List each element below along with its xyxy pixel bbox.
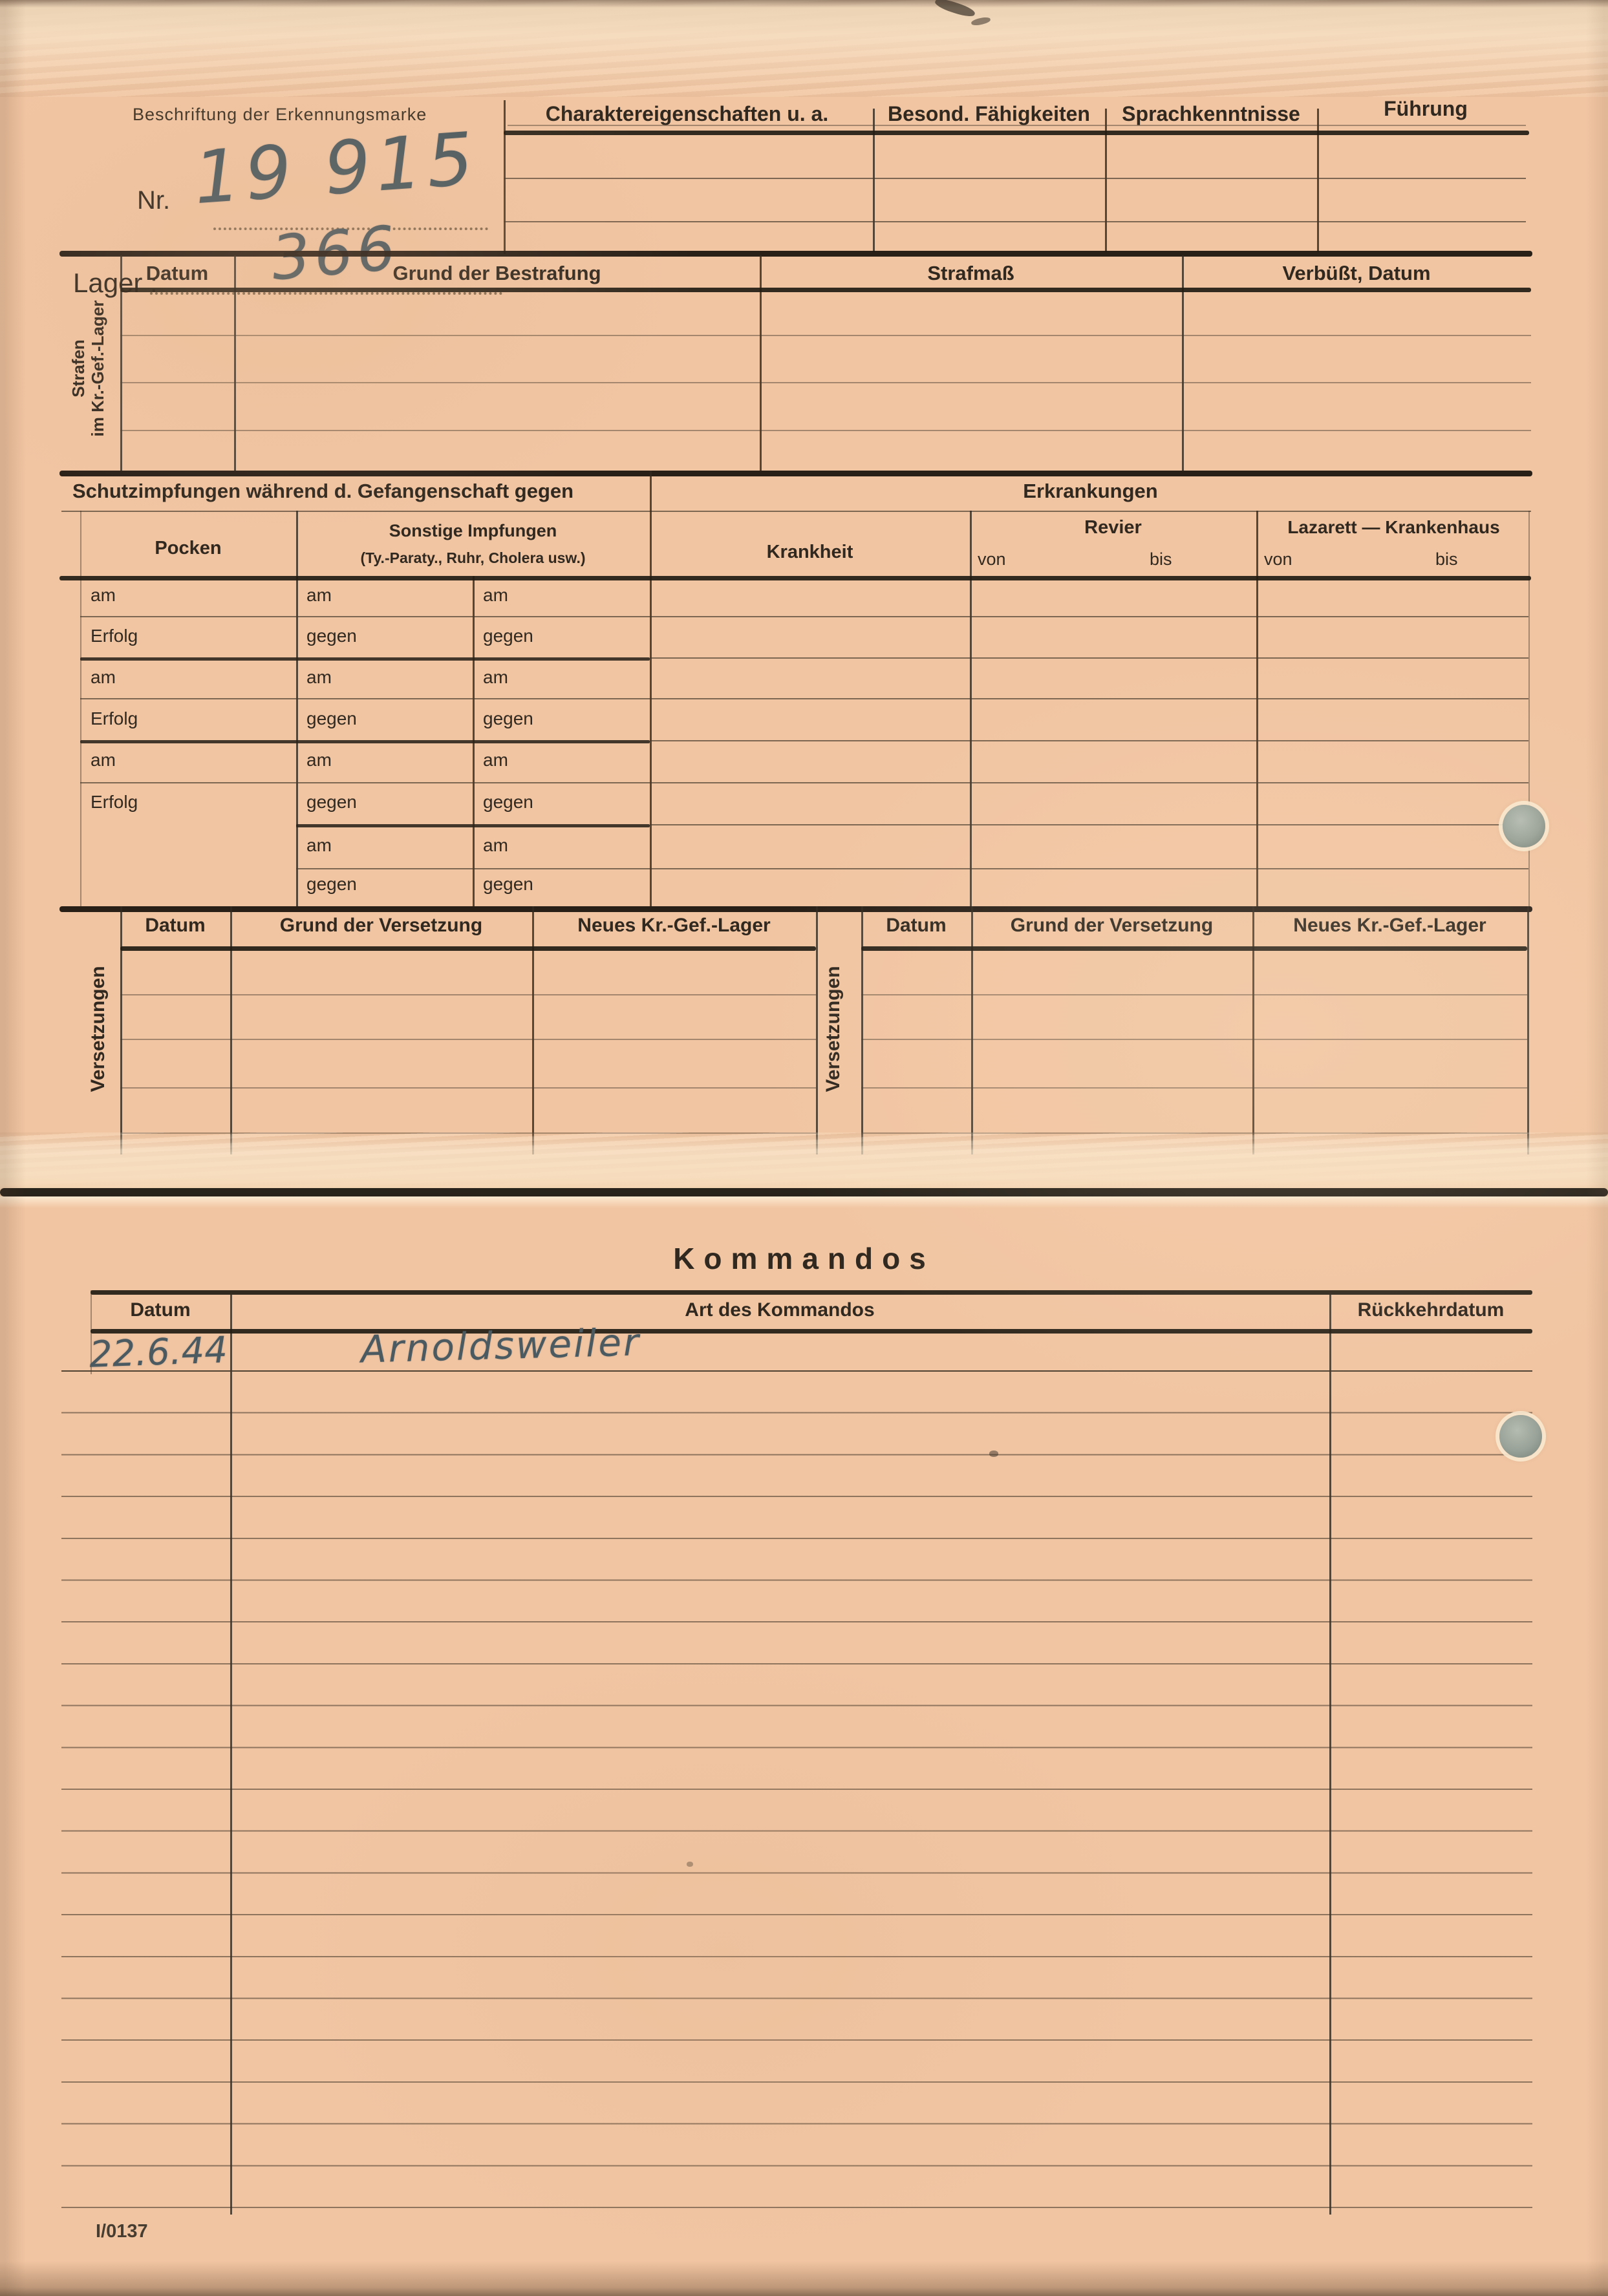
row-rule (80, 616, 1528, 617)
transfers-header-date: Datum (861, 915, 971, 937)
vaccinations-header-rule (59, 576, 1531, 580)
transfers-right-side-label: Versetzungen (819, 919, 848, 1139)
other-vacc2-gegen-label: gegen (483, 874, 533, 895)
transfers-top-rule (59, 906, 1532, 912)
row-rule (61, 1370, 1532, 1372)
transfers-header-date: Datum (120, 915, 230, 937)
smallpox-am-label: am (91, 585, 116, 606)
row-rule (80, 782, 1528, 783)
smallpox-erfolg-label: Erfolg (91, 708, 138, 729)
other-vacc-am-label: am (306, 835, 332, 856)
kommandos-header-date: Datum (91, 1299, 230, 1321)
vaccinations-col-divider (296, 511, 298, 906)
row-rule (861, 1087, 1527, 1089)
punch-hole (1499, 1415, 1542, 1458)
punishments-header-rule (120, 288, 1531, 292)
traits-rule (508, 125, 1526, 126)
transfers-col-divider (532, 906, 534, 1154)
kommandos-header-return: Rückkehrdatum (1329, 1299, 1532, 1321)
other-vacc2-am-label: am (483, 750, 508, 771)
other-vacc2-am-label: am (483, 667, 508, 688)
kommandos-title: Kommandos (0, 1241, 1608, 1276)
traits-header-conduct: Führung (1322, 97, 1529, 121)
pow-record-card-scan: Beschriftung der Erkennungsmarke Nr. 19 … (0, 0, 1608, 2296)
other-vacc2-gegen-label: gegen (483, 792, 533, 813)
row-rule (80, 698, 1528, 699)
transfers-border (861, 906, 863, 1154)
kommandos-header-type: Art des Kommandos (230, 1299, 1329, 1321)
vaccinations-header-other-note: (Ty.-Paraty., Ruhr, Cholera usw.) (296, 549, 650, 567)
transfers-header-newcamp: Neues Kr.-Gef.-Lager (532, 915, 816, 937)
vaccinations-left-border (80, 511, 81, 906)
transfers-border (816, 906, 818, 1154)
vaccinations-header-other: Sonstige Impfungen (296, 521, 650, 541)
row-rule (80, 740, 650, 743)
smallpox-am-label: am (91, 667, 116, 688)
other-vacc-am-label: am (306, 750, 332, 771)
transfers-col-divider (230, 906, 232, 1154)
illnesses-header-disease: Krankheit (650, 542, 970, 563)
bottom-edge-shadow (0, 2261, 1608, 2296)
smallpox-am-label: am (91, 750, 116, 771)
row-rule (650, 824, 1528, 825)
vaccinations-illnesses-divider (650, 471, 652, 906)
punishments-header-served: Verbüßt, Datum (1182, 262, 1531, 285)
punishments-row-rule (120, 382, 1531, 383)
traits-header-character: Charaktereigenschaften u. a. (511, 102, 863, 126)
illnesses-header-sickbay: Revier (970, 517, 1256, 538)
transfers-col-divider (1252, 906, 1254, 1154)
illnesses-right-border (1528, 511, 1530, 906)
row-rule (861, 994, 1527, 995)
transfers-header-rule (861, 946, 1527, 951)
punch-hole (1503, 805, 1545, 847)
transfers-border (1527, 906, 1529, 1154)
row-rule (296, 824, 650, 827)
card-edge-highlight (0, 1196, 1608, 1208)
id-number-label: Nr. (137, 186, 170, 215)
other-vacc-am-label: am (306, 667, 332, 688)
transfers-side-label-text: Versetzungen (822, 966, 845, 1092)
torn-top-edge (0, 0, 1608, 97)
traits-left-divider (504, 100, 506, 254)
other-vacc2-am-label: am (483, 835, 508, 856)
punishments-side-label-line1: Strafen (69, 339, 89, 398)
transfers-col-divider (971, 906, 973, 1154)
traits-row-rule (504, 221, 1526, 222)
illnesses-header-hospital: Lazarett — Krankenhaus (1256, 517, 1531, 538)
traits-header-rule (504, 131, 1529, 135)
kommando-entry-type-handwritten: Arnoldsweiler (360, 1320, 641, 1371)
traits-header-abilities: Besond. Fähigkeiten (878, 102, 1100, 126)
row-rule (296, 868, 1528, 869)
row-rule (120, 1039, 816, 1040)
transfers-header-reason: Grund der Versetzung (230, 915, 532, 937)
lager-dotted-line (150, 292, 502, 295)
traits-row-rule (504, 178, 1526, 179)
illnesses-sickbay-to-label: bis (1150, 549, 1172, 569)
illnesses-col-divider (970, 511, 972, 906)
other-vacc2-gegen-label: gegen (483, 626, 533, 646)
illnesses-sickbay-from-label: von (978, 549, 1006, 569)
punishments-header-penalty: Strafmaß (760, 262, 1182, 285)
form-code: I/0137 (96, 2221, 148, 2242)
illnesses-hospital-from-label: von (1264, 549, 1292, 569)
row-rule (120, 1087, 816, 1089)
transfers-header-reason: Grund der Versetzung (971, 915, 1252, 937)
row-rule (80, 657, 650, 661)
kommandos-ruled-rows (61, 1370, 1532, 2208)
row-rule (120, 994, 816, 995)
vaccinations-header-smallpox: Pocken (80, 538, 296, 559)
section-header-rule (61, 511, 1531, 512)
kommandos-header-rule (91, 1329, 1532, 1334)
transfers-side-label-text: Versetzungen (87, 966, 110, 1092)
transfers-border (120, 906, 122, 1154)
paper-speck (989, 1451, 998, 1457)
illnesses-col-divider (1256, 511, 1258, 906)
smallpox-erfolg-label: Erfolg (91, 792, 138, 813)
kommando-entry-date-handwritten: 22.6.44 (89, 1329, 228, 1376)
other-vacc-gegen-label: gegen (306, 874, 357, 895)
other-vacc-gegen-label: gegen (306, 708, 357, 729)
other-vacc-gegen-label: gegen (306, 626, 357, 646)
smallpox-erfolg-label: Erfolg (91, 626, 138, 646)
punishments-row-rule (120, 430, 1531, 431)
transfers-left-side-label: Versetzungen (84, 919, 113, 1139)
row-rule (650, 657, 1528, 659)
row-rule (650, 740, 1528, 741)
paper-speck (687, 1862, 693, 1867)
other-vacc-am-label: am (306, 585, 332, 606)
punishments-side-label-line2: im Kr.-Gef.-Lager (89, 301, 108, 437)
punishments-header-date: Datum (120, 262, 234, 285)
punishments-header-reason: Grund der Bestrafung (234, 262, 760, 285)
transfers-header-newcamp: Neues Kr.-Gef.-Lager (1252, 915, 1527, 937)
id-caption: Beschriftung der Erkennungsmarke (133, 105, 427, 125)
id-number-handwritten: 19 915 (191, 117, 481, 220)
punishments-top-rule (59, 251, 1532, 257)
traits-header-languages: Sprachkenntnisse (1110, 102, 1312, 126)
torn-card-edge (0, 1132, 1608, 1197)
other-vacc2-gegen-label: gegen (483, 708, 533, 729)
punishments-row-rule (120, 335, 1531, 336)
illnesses-hospital-to-label: bis (1435, 549, 1458, 569)
vaccinations-top-rule (59, 471, 1532, 476)
other-vacc2-am-label: am (483, 585, 508, 606)
other-vacc-gegen-label: gegen (306, 792, 357, 813)
illnesses-section-title: Erkrankungen (650, 480, 1531, 503)
transfers-header-rule (120, 946, 816, 951)
kommandos-top-rule (91, 1290, 1532, 1295)
punishments-side-label: Strafen im Kr.-Gef.-Lager (65, 271, 113, 465)
vaccinations-section-title: Schutzimpfungen während d. Gefangenschaf… (72, 480, 574, 503)
card-edge-shadow-line (0, 1188, 1608, 1196)
row-rule (861, 1039, 1527, 1040)
